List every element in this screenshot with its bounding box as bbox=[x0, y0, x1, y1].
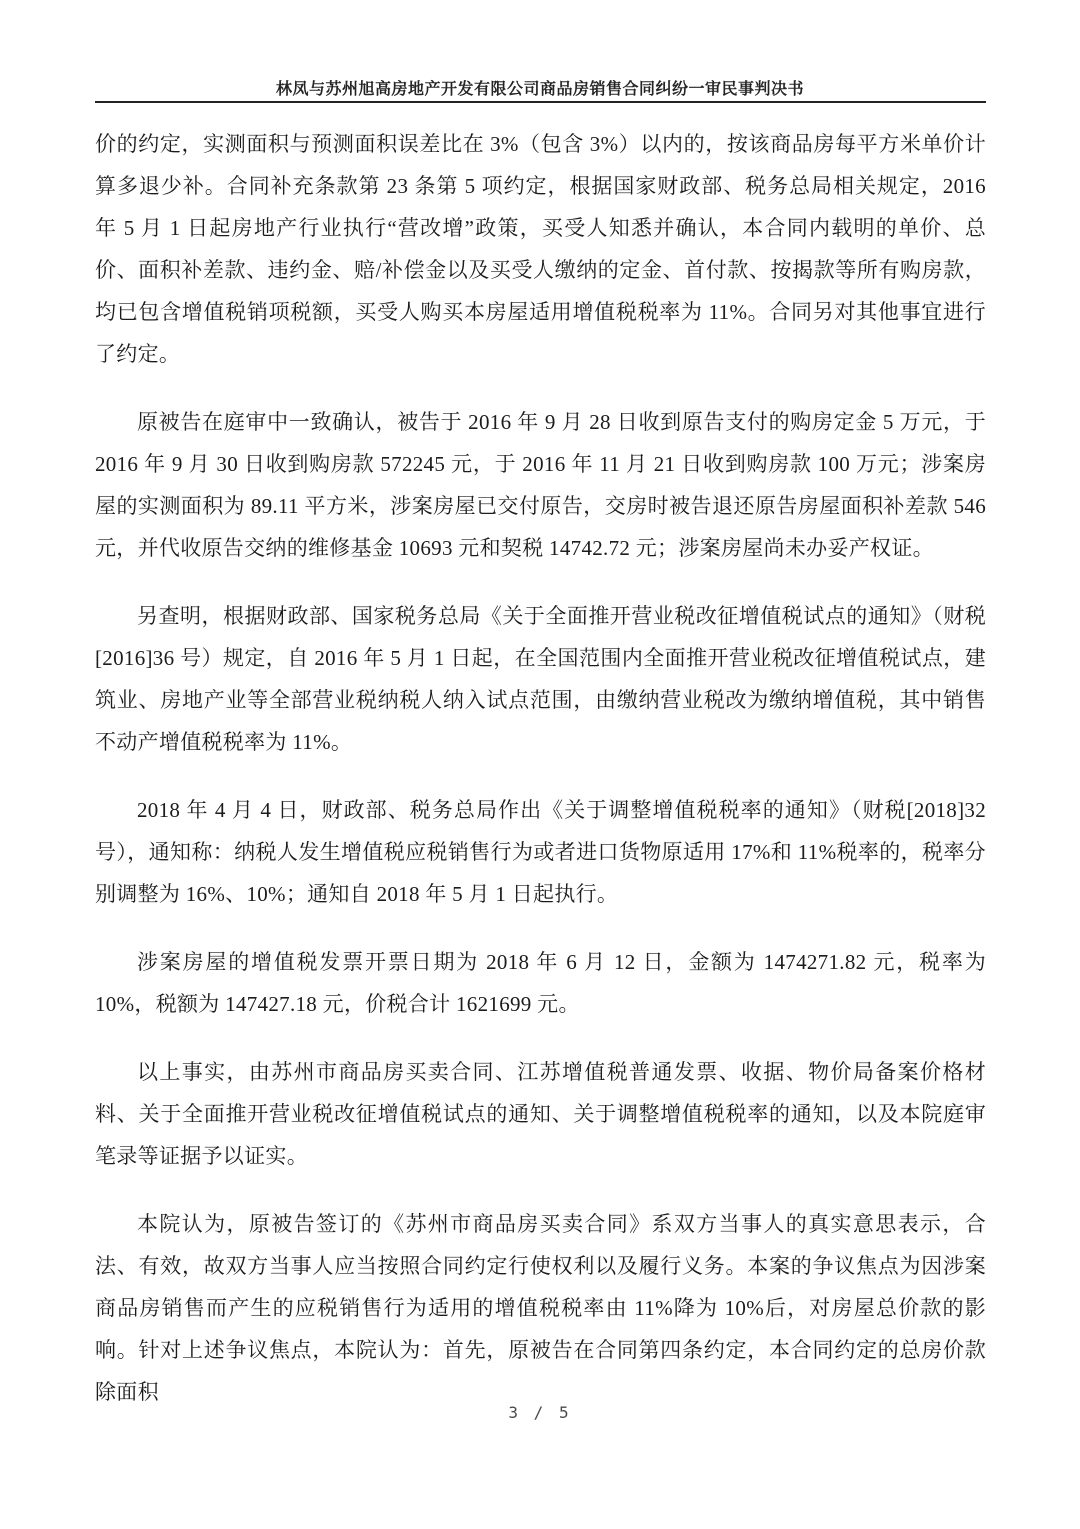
page-number: 3 / 5 bbox=[0, 1403, 1080, 1422]
paragraph-5: 涉案房屋的增值税发票开票日期为 2018 年 6 月 12 日，金额为 1474… bbox=[95, 941, 986, 1025]
document-header-title: 林凤与苏州旭高房地产开发有限公司商品房销售合同纠纷一审民事判决书 bbox=[0, 76, 1080, 99]
document-body: 价的约定，实测面积与预测面积误差比在 3%（包含 3%）以内的，按该商品房每平方… bbox=[95, 123, 986, 1413]
paragraph-3: 另查明，根据财政部、国家税务总局《关于全面推开营业税改征增值税试点的通知》（财税… bbox=[95, 595, 986, 763]
paragraph-7: 本院认为，原被告签订的《苏州市商品房买卖合同》系双方当事人的真实意思表示，合法、… bbox=[95, 1203, 986, 1413]
paragraph-1: 价的约定，实测面积与预测面积误差比在 3%（包含 3%）以内的，按该商品房每平方… bbox=[95, 123, 986, 375]
paragraph-2: 原被告在庭审中一致确认，被告于 2016 年 9 月 28 日收到原告支付的购房… bbox=[95, 401, 986, 569]
paragraph-6: 以上事实，由苏州市商品房买卖合同、江苏增值税普通发票、收据、物价局备案价格材料、… bbox=[95, 1051, 986, 1177]
paragraph-4: 2018 年 4 月 4 日，财政部、税务总局作出《关于调整增值税税率的通知》（… bbox=[95, 789, 986, 915]
header-rule bbox=[95, 101, 986, 103]
document-page: 林凤与苏州旭高房地产开发有限公司商品房销售合同纠纷一审民事判决书 价的约定，实测… bbox=[0, 0, 1080, 1529]
